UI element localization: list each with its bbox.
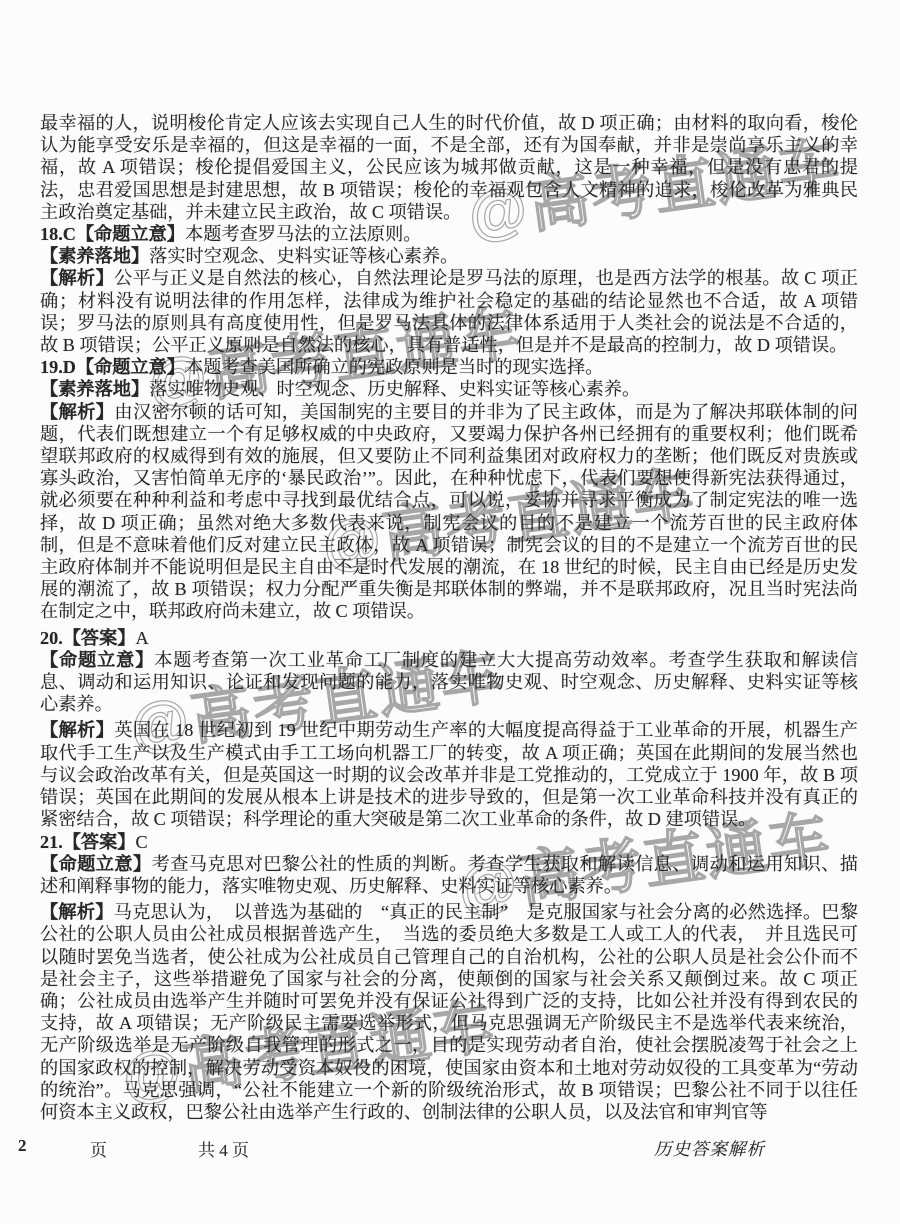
paragraph-body: 由汉密尔顿的话可知，美国制宪的主要目的并非为了民主政体，而是为了解决邦联体制的问… [40,402,858,622]
footer-page-number: 2 [18,1136,27,1156]
paragraph-body: 最幸福的人，说明梭伦肯定人应该去实现自己人生的时代价值，故 D 项正确；由材料的… [40,113,858,222]
paragraph-lead: 【解析】 [40,902,114,922]
paragraph-lead: 20.【答案】 [40,628,136,648]
paragraph-body: C [136,832,148,852]
scanned-answer-page: @高考直通车 @高考直通车 @高考直通车 @高考直通车 @高考直通车 @高考直通… [0,0,900,1224]
q18-answer-intent: 18.C【命题立意】本题考查罗马法的立法原则。 [40,223,858,245]
paragraph-body: 马克思认为， 以普选为基础的 “真正的民主制” 是克服国家与社会分离的必然选择。… [40,902,858,1122]
paragraph-body: 公平与正义是自然法的核心，自然法理论是罗马法的原理，也是西方法学的根基。故 C … [40,268,858,355]
paragraph-lead: 【素养落地】 [40,246,149,266]
q20-answer: 20.【答案】A [40,627,858,649]
paragraph-lead: 19.D【命题立意】 [40,357,185,377]
answer-key-text-block: 最幸福的人，说明梭伦肯定人应该去实现自己人生的时代价值，故 D 项正确；由材料的… [40,112,858,1123]
paragraph-body: 落实唯物史观、时空观念、历史解释、史料实证等核心素养。 [149,379,640,399]
paragraph-lead: 【命题立意】 [40,650,154,670]
paragraph-lead: 【解析】 [40,268,114,288]
paragraph-body: A [136,628,149,648]
q21-analysis: 【解析】马克思认为， 以普选为基础的 “真正的民主制” 是克服国家与社会分离的必… [40,901,858,1123]
paragraph-lead: 【解析】 [40,402,114,422]
q19-answer-intent: 19.D【命题立意】本题考查美国所确立的宪政原则是当时的现实选择。 [40,356,858,378]
paragraph-body: 英国在 18 世纪初到 19 世纪中期劳动生产率的大幅度提高得益于工业革命的开展… [40,720,858,829]
footer-page-label: 页 [90,1136,107,1161]
footer-total-pages: 共 4 页 [198,1136,249,1161]
page-footer: 2 页 共 4 页 历史答案解析 [0,1136,900,1162]
paragraph-body: 本题考查罗马法的立法原则。 [185,224,421,244]
q20-analysis: 【解析】英国在 18 世纪初到 19 世纪中期劳动生产率的大幅度提高得益于工业革… [40,719,858,830]
paragraph-body: 本题考查第一次工业革命工厂制度的建立大大提高劳动效率。考查学生获取和解读信息、调… [40,650,858,714]
q20-intent: 【命题立意】本题考查第一次工业革命工厂制度的建立大大提高劳动效率。考查学生获取和… [40,649,858,716]
paragraph-lead: 【命题立意】 [40,854,152,874]
q19-literacy: 【素养落地】落实唯物史观、时空观念、历史解释、史料实证等核心素养。 [40,378,858,400]
q19-analysis: 【解析】由汉密尔顿的话可知，美国制宪的主要目的并非为了民主政体，而是为了解决邦联… [40,401,858,623]
footer-doc-title: 历史答案解析 [654,1136,765,1161]
q18-literacy: 【素养落地】落实时空观念、史料实证等核心素养。 [40,245,858,267]
paragraph-body: 落实时空观念、史料实证等核心素养。 [149,246,458,266]
paragraph-lead: 21.【答案】 [40,832,136,852]
paragraph-lead: 【解析】 [40,720,114,740]
paragraph-body: 考查马克思对巴黎公社的性质的判断。考查学生获取和解读信息、调动和运用知识、描述和… [40,854,858,896]
q21-answer: 21.【答案】C [40,831,858,853]
answer-17-analysis-continuation: 最幸福的人，说明梭伦肯定人应该去实现自己人生的时代价值，故 D 项正确；由材料的… [40,112,858,223]
paragraph-lead: 【素养落地】 [40,379,149,399]
paragraph-body: 本题考查美国所确立的宪政原则是当时的现实选择。 [185,357,603,377]
q21-intent: 【命题立意】考查马克思对巴黎公社的性质的判断。考查学生获取和解读信息、调动和运用… [40,853,858,897]
q18-analysis: 【解析】公平与正义是自然法的核心，自然法理论是罗马法的原理，也是西方法学的根基。… [40,267,858,356]
paragraph-lead: 18.C【命题立意】 [40,224,185,244]
